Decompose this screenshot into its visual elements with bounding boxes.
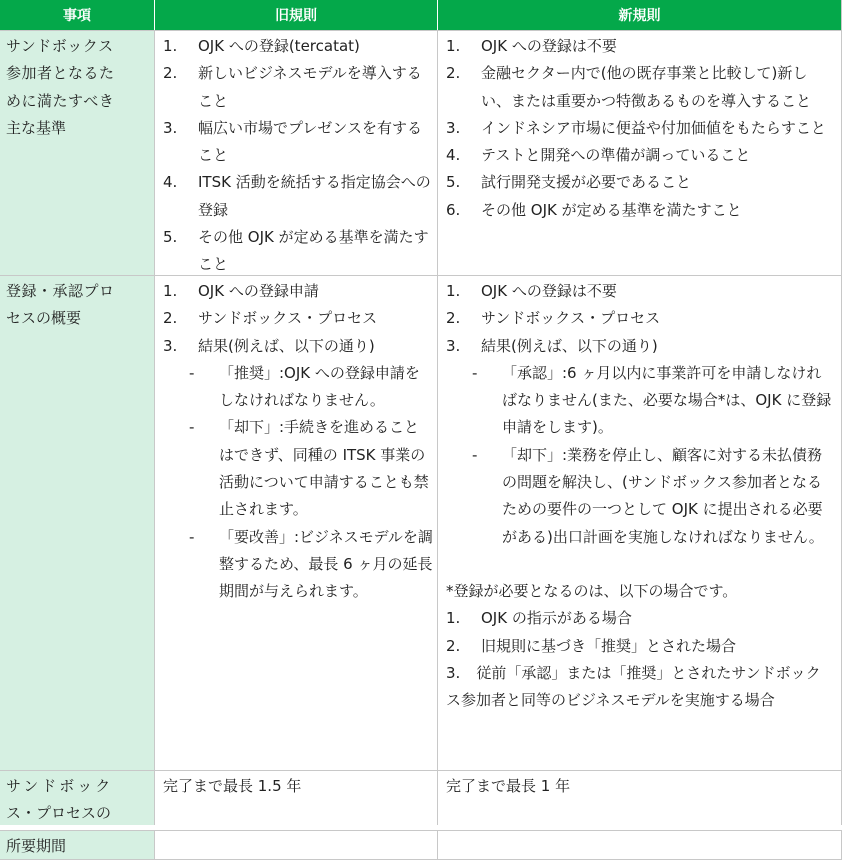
list-item: 6.その他 OJK が定める基準を満たすこと xyxy=(446,197,835,224)
list-number: 5. xyxy=(446,169,481,196)
header-new-rule: 新規則 xyxy=(438,0,842,30)
old-rule-cell: 1.OJK への登録申請 2.サンドボックス・プロセス 3.結果(例えば、以下の… xyxy=(155,276,438,770)
list-number: 6. xyxy=(446,197,481,224)
sub-text: 「要改善」:ビジネスモデルを調整するため、最長 6 ヶ月の延長期間が与えられます… xyxy=(219,524,433,606)
list-text: 結果(例えば、以下の通り) xyxy=(481,333,835,360)
list-number: 1. xyxy=(446,278,481,305)
dash-bullet: - xyxy=(189,360,219,415)
list-item: 2.新しいビジネスモデルを導入すること xyxy=(163,60,433,115)
list-text: OJK への登録は不要 xyxy=(481,278,835,305)
sub-item: -「推奨」:OJK への登録申請をしなければなりません。 xyxy=(163,360,433,415)
list-text: 結果(例えば、以下の通り) xyxy=(198,333,433,360)
item-cell: 登録・承認プロ セスの概要 xyxy=(0,276,155,770)
list-number: 2. xyxy=(446,60,481,115)
new-rule-cell: 1.OJK への登録は不要 2.金融セクター内で(他の既存事業と比較して)新しい… xyxy=(438,31,842,275)
sub-text: 「推奨」:OJK への登録申請をしなければなりません。 xyxy=(219,360,433,415)
list-text: 旧規則に基づき「推奨」とされた場合 xyxy=(481,633,835,660)
list-number: 1. xyxy=(446,33,481,60)
header-old-rule: 旧規則 xyxy=(155,0,438,30)
old-rule-cell: 1.OJK への登録(tercatat) 2.新しいビジネスモデルを導入すること… xyxy=(155,31,438,275)
old-rule-cell xyxy=(155,831,438,855)
list-number: 3. xyxy=(446,664,460,682)
item-cell: サンドボックス 参加者となるた めに満たすべき 主な基準 xyxy=(0,31,155,275)
item-line: めに満たすべき xyxy=(6,88,150,115)
list-text: 幅広い市場でプレゼンスを有すること xyxy=(198,115,433,170)
list-text: インドネシア市場に便益や付加価値をもたらすこと xyxy=(481,115,835,142)
list-item: 4.ITSK 活動を統括する指定協会への登録 xyxy=(163,169,433,224)
list-number: 3. xyxy=(163,115,198,170)
header-item: 事項 xyxy=(0,0,155,30)
comparison-table: 事項 旧規則 新規則 サンドボックス 参加者となるた めに満たすべき 主な基準 … xyxy=(0,0,842,855)
table-header-row: 事項 旧規則 新規則 xyxy=(0,0,842,30)
item-line: ス・プロセスの xyxy=(6,800,150,827)
sub-text: 「承認」:6 ヶ月以内に事業許可を申請しなければなりません(また、必要な場合*は… xyxy=(502,360,835,442)
spacer xyxy=(446,551,835,578)
list-number: 5. xyxy=(163,224,198,279)
list-item: 5.試行開発支援が必要であること xyxy=(446,169,835,196)
dash-bullet: - xyxy=(189,524,219,606)
sub-item: -「承認」:6 ヶ月以内に事業許可を申請しなければなりません(また、必要な場合*… xyxy=(446,360,835,442)
list-item: 2.サンドボックス・プロセス xyxy=(446,305,835,332)
sub-text: 「却下」:業務を停止し、顧客に対する未払債務の問題を解決し、(サンドボックス参加… xyxy=(502,442,835,551)
list-number: 2. xyxy=(446,305,481,332)
list-item: 1.OJK への登録は不要 xyxy=(446,33,835,60)
old-duration: 完了まで最長 1.5 年 xyxy=(163,777,301,795)
sub-item: -「要改善」:ビジネスモデルを調整するため、最長 6 ヶ月の延長期間が与えられま… xyxy=(163,524,433,606)
item-line: 登録・承認プロ xyxy=(6,278,150,305)
list-number: 3. xyxy=(446,115,481,142)
list-number: 2. xyxy=(163,305,198,332)
list-item: 5.その他 OJK が定める基準を満たすこと xyxy=(163,224,433,279)
list-item: 2.サンドボックス・プロセス xyxy=(163,305,433,332)
list-text: OJK の指示がある場合 xyxy=(481,605,835,632)
list-item: 1.OJK への登録申請 xyxy=(163,278,433,305)
list-number: 2. xyxy=(163,60,198,115)
table-row-criteria: サンドボックス 参加者となるた めに満たすべき 主な基準 1.OJK への登録(… xyxy=(0,30,842,275)
list-text: OJK への登録(tercatat) xyxy=(198,33,433,60)
list-item: 3.結果(例えば、以下の通り) xyxy=(446,333,835,360)
list-number: 3. xyxy=(163,333,198,360)
list-number: 1. xyxy=(163,33,198,60)
new-duration: 完了まで最長 1 年 xyxy=(446,777,570,795)
dash-bullet: - xyxy=(472,442,502,551)
list-item: 1.OJK への登録は不要 xyxy=(446,278,835,305)
sub-text: 「却下」:手続きを進めることはできず、同種の ITSK 事業の活動について申請す… xyxy=(219,414,433,523)
table-row-duration: サンドボック ス・プロセスの 完了まで最長 1.5 年 完了まで最長 1 年 xyxy=(0,770,842,825)
list-item: 3.インドネシア市場に便益や付加価値をもたらすこと xyxy=(446,115,835,142)
list-item: 2.旧規則に基づき「推奨」とされた場合 xyxy=(446,633,835,660)
list-text: OJK への登録は不要 xyxy=(481,33,835,60)
list-text: ITSK 活動を統括する指定協会への登録 xyxy=(198,169,433,224)
list-text: 新しいビジネスモデルを導入すること xyxy=(198,60,433,115)
list-text: OJK への登録申請 xyxy=(198,278,433,305)
item-cell: サンドボック ス・プロセスの xyxy=(0,771,155,825)
list-text: サンドボックス・プロセス xyxy=(481,305,835,332)
table-row-duration-continued: 所要期間 xyxy=(0,830,842,855)
list-item: 4.テストと開発への準備が調っていること xyxy=(446,142,835,169)
list-number: 4. xyxy=(446,142,481,169)
list-text: 従前「承認」または「推奨」とされたサンドボックス参加者と同等のビジネスモデルを実… xyxy=(446,664,821,709)
table-row-process: 登録・承認プロ セスの概要 1.OJK への登録申請 2.サンドボックス・プロセ… xyxy=(0,275,842,770)
list-item: 3.結果(例えば、以下の通り) xyxy=(163,333,433,360)
item-line: サンドボック xyxy=(6,773,150,800)
sub-item: -「却下」:業務を停止し、顧客に対する未払債務の問題を解決し、(サンドボックス参… xyxy=(446,442,835,551)
item-line: 参加者となるた xyxy=(6,60,150,87)
new-rule-cell xyxy=(438,831,842,855)
item-line: 所要期間 xyxy=(6,837,66,855)
new-rule-cell: 1.OJK への登録は不要 2.サンドボックス・プロセス 3.結果(例えば、以下… xyxy=(438,276,842,770)
list-text: テストと開発への準備が調っていること xyxy=(481,142,835,169)
list-text: 金融セクター内で(他の既存事業と比較して)新しい、または重要かつ特徴あるものを導… xyxy=(481,60,835,115)
item-cell: 所要期間 xyxy=(0,831,155,855)
new-rule-cell: 完了まで最長 1 年 xyxy=(438,771,842,825)
old-rule-cell: 完了まで最長 1.5 年 xyxy=(155,771,438,825)
list-number: 4. xyxy=(163,169,198,224)
list-item: 1.OJK の指示がある場合 xyxy=(446,605,835,632)
list-number: 3. xyxy=(446,333,481,360)
registration-note: *登録が必要となるのは、以下の場合です。 xyxy=(446,578,835,605)
list-number: 2. xyxy=(446,633,481,660)
list-number: 1. xyxy=(446,605,481,632)
dash-bullet: - xyxy=(189,414,219,523)
list-number: 1. xyxy=(163,278,198,305)
list-item: 1.OJK への登録(tercatat) xyxy=(163,33,433,60)
list-text: 試行開発支援が必要であること xyxy=(481,169,835,196)
list-text: その他 OJK が定める基準を満たすこと xyxy=(481,197,835,224)
item-line: サンドボックス xyxy=(6,33,150,60)
sub-item: -「却下」:手続きを進めることはできず、同種の ITSK 事業の活動について申請… xyxy=(163,414,433,523)
list-item-wrapped: 3.従前「承認」または「推奨」とされたサンドボックス参加者と同等のビジネスモデル… xyxy=(446,660,835,715)
list-text: サンドボックス・プロセス xyxy=(198,305,433,332)
item-line: セスの概要 xyxy=(6,305,150,332)
list-item: 2.金融セクター内で(他の既存事業と比較して)新しい、または重要かつ特徴あるもの… xyxy=(446,60,835,115)
item-line: 主な基準 xyxy=(6,115,150,142)
dash-bullet: - xyxy=(472,360,502,442)
list-item: 3.幅広い市場でプレゼンスを有すること xyxy=(163,115,433,170)
list-text: その他 OJK が定める基準を満たすこと xyxy=(198,224,433,279)
